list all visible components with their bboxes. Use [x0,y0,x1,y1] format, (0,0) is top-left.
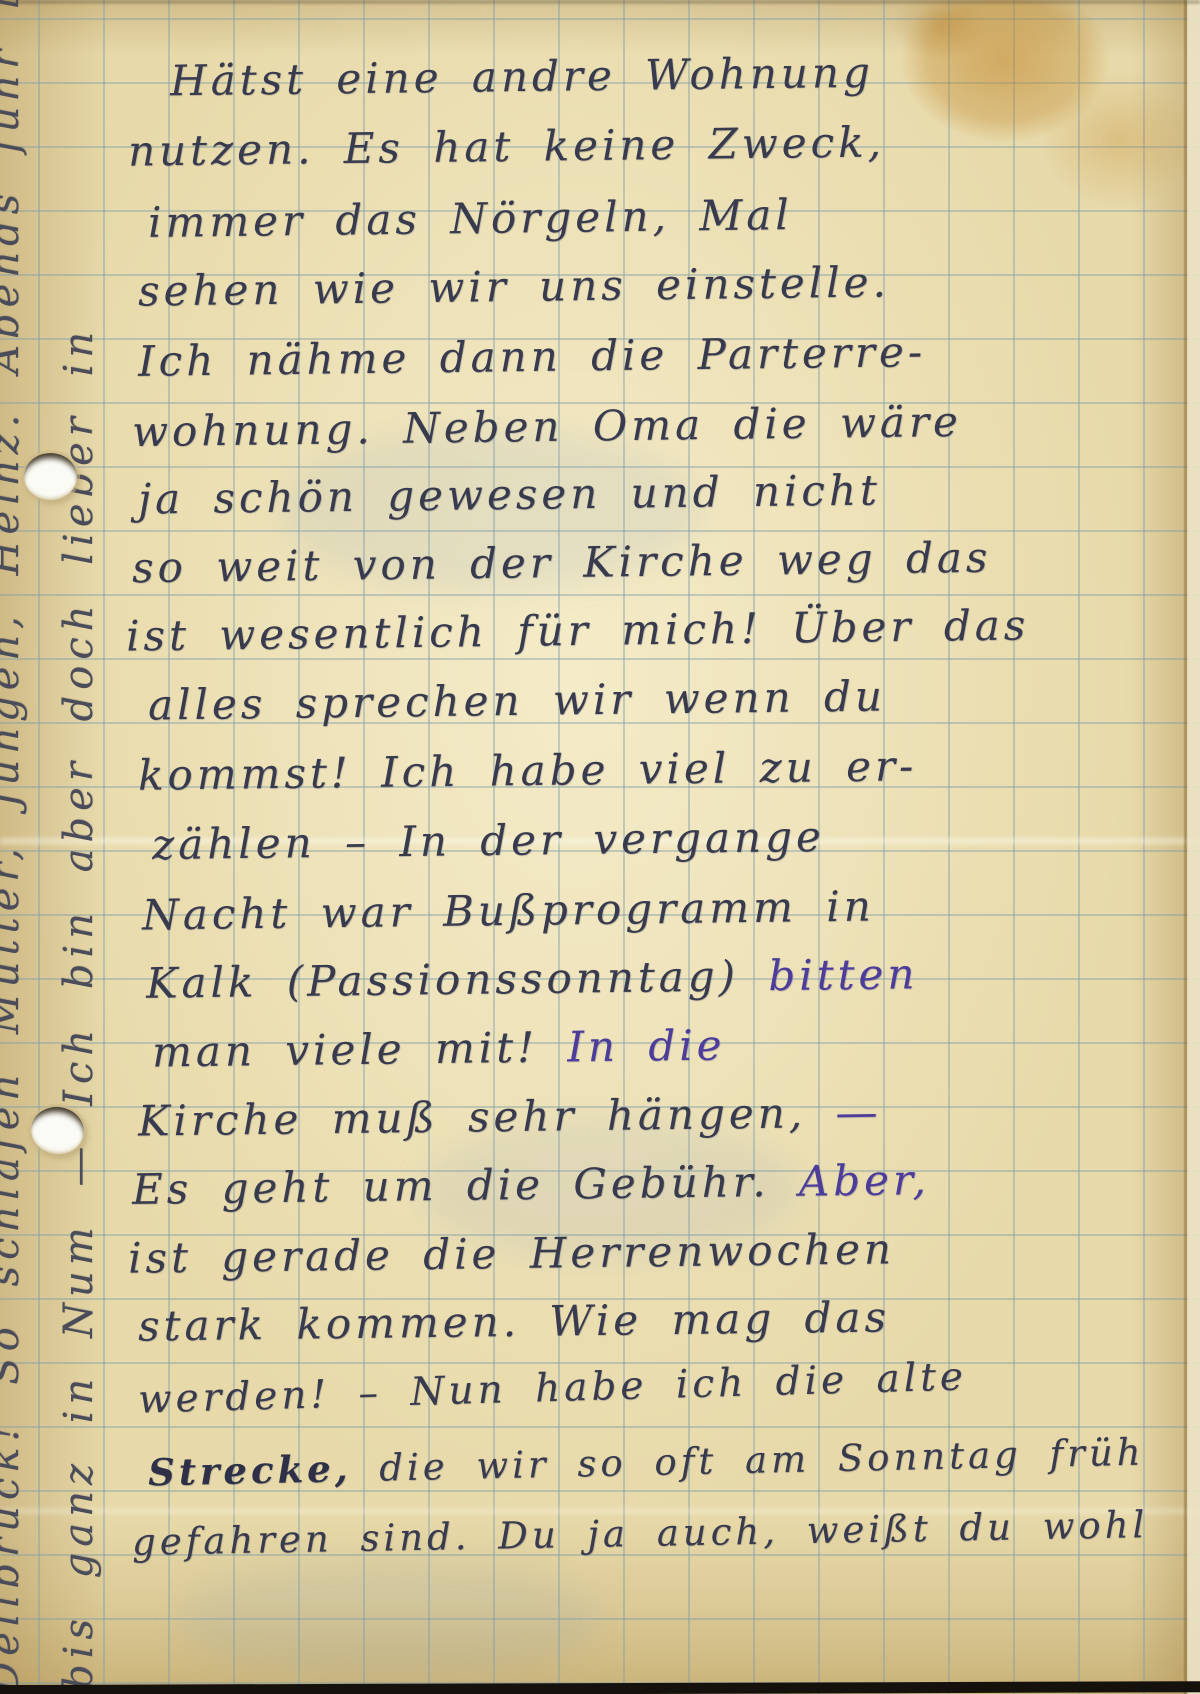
handwriting-line: Kalk (Passionssonntag) bitten [146,949,919,1007]
handwriting-text-segment: nutzen. Es hat keine Zweck, [128,117,885,175]
handwriting-text-segment: man viele mit! [152,1022,568,1076]
handwriting-accent-segment: — [835,1087,882,1137]
handwriting-text-segment: Hätst eine andre Wohnung [170,48,874,106]
handwriting-accent-segment: In die [567,1020,726,1071]
handwriting-text-segment: werden! – Nun habe ich die alte [138,1354,968,1422]
handwriting-accent-segment: Aber, [799,1155,930,1206]
handwriting-line: ist wesentlich für mich! Über das [126,600,1030,660]
ink-showthrough-smudge [180,1560,600,1680]
handwriting-line: Hätst eine andre Wohnung [170,48,874,106]
paper-right-edge [1187,0,1200,1694]
handwriting-accent-segment: bitten [768,949,919,1000]
punch-hole-top [24,453,77,500]
handwriting-line: Ich nähme dann die Parterre- [138,327,927,386]
handwriting-text-segment: stark kommen. Wie mag das [138,1292,891,1350]
handwriting-line: man viele mit! In die [152,1020,726,1076]
handwriting-text-segment: wohnung. Neben Oma die wäre [132,397,962,456]
handwriting-line: ja schön gewesen und nicht [138,465,881,523]
handwriting-line: sehen wie wir uns einstelle. [138,257,890,315]
handwriting-line: zählen – In der vergange [152,812,825,869]
handwriting-line: ist gerade die Herrenwochen [128,1224,895,1282]
margin-line: bis ganz in Num — Ich bin aber doch lieb… [56,326,102,1690]
handwriting-text-segment: Ich nähme dann die Parterre- [138,327,927,386]
margin-line: Dellbrück! So schlafen Mutter, Jungen, H… [0,0,28,1694]
paper-right-crease [1184,0,1187,1694]
handwriting-line: nutzen. Es hat keine Zweck, [128,117,885,175]
handwriting-line: werden! – Nun habe ich die alte [138,1354,968,1422]
handwriting-line: alles sprechen wir wenn du [148,671,886,729]
handwriting-text-segment: alles sprechen wir wenn du [148,671,886,729]
handwriting-line: immer das Nörgeln, Mal [148,190,793,247]
handwriting-text-segment: Kirche muß sehr hängen, [138,1088,836,1146]
handwriting-line: wohnung. Neben Oma die wäre [132,397,962,456]
handwriting-line: Strecke, die wir so oft am Sonntag früh [148,1430,1145,1495]
handwriting-line: stark kommen. Wie mag das [138,1292,891,1350]
scan-bottom-edge [0,1681,1200,1694]
handwriting-text-segment: ja schön gewesen und nicht [138,465,881,523]
handwriting-line: Es geht um die Gebühr. Aber, [132,1155,930,1214]
handwriting-text-segment: zählen – In der vergange [152,812,825,869]
handwriting-text-segment: kommst! Ich habe viel zu er- [138,741,918,800]
letter-page: Dellbrück! So schlafen Mutter, Jungen, H… [0,0,1200,1694]
handwriting-line: Nacht war Bußprogramm in [142,882,875,940]
handwriting-lead-segment: Strecke, [148,1446,352,1494]
handwriting-text-segment: die wir so oft am Sonntag früh [351,1431,1145,1491]
handwriting-text-segment: Kalk (Passionssonntag) [146,951,769,1008]
scan-top-edge [0,0,1200,4]
handwriting-line: Kirche muß sehr hängen, — [138,1087,882,1145]
handwriting-text-segment: ist wesentlich für mich! Über das [126,600,1030,660]
handwriting-line: kommst! Ich habe viel zu er- [138,741,918,800]
handwriting-text-segment: immer das Nörgeln, Mal [148,190,793,247]
handwriting-line: so weit von der Kirche weg das [132,533,992,592]
handwriting-text-segment: so weit von der Kirche weg das [132,533,992,592]
handwriting-text-segment: Nacht war Bußprogramm in [142,882,875,940]
handwriting-text-segment: ist gerade die Herrenwochen [128,1224,895,1282]
handwriting-text-segment: Es geht um die Gebühr. [132,1157,799,1214]
handwriting-text-segment: sehen wie wir uns einstelle. [138,257,890,315]
